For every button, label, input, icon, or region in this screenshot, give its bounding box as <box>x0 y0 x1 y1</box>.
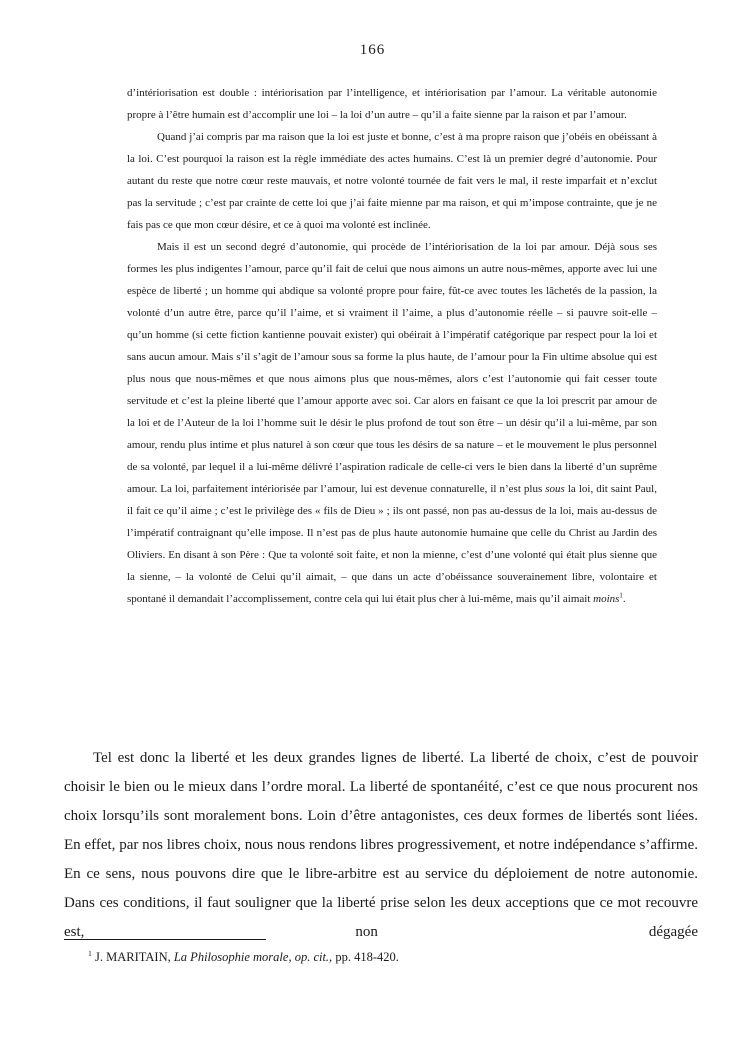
body-text: Tel est donc la liberté et les deux gran… <box>64 744 698 947</box>
page-number: 166 <box>0 42 745 59</box>
quote-paragraph-1: d’intériorisation est double : intériori… <box>127 82 657 126</box>
quote-paragraph-2: Quand j’ai compris par ma raison que la … <box>127 126 657 236</box>
quote-paragraph-3: Mais il est un second degré d’autonomie,… <box>127 236 657 610</box>
body-paragraph: Tel est donc la liberté et les deux gran… <box>64 744 698 947</box>
block-quote: d’intériorisation est double : intériori… <box>127 82 657 724</box>
footnote-text: 1 J. MARITAIN, La Philosophie morale, op… <box>64 948 698 967</box>
document-page: 166 d’intériorisation est double : intér… <box>0 0 745 1053</box>
footnote-separator <box>64 939 266 940</box>
footnote: 1 J. MARITAIN, La Philosophie morale, op… <box>64 948 698 967</box>
